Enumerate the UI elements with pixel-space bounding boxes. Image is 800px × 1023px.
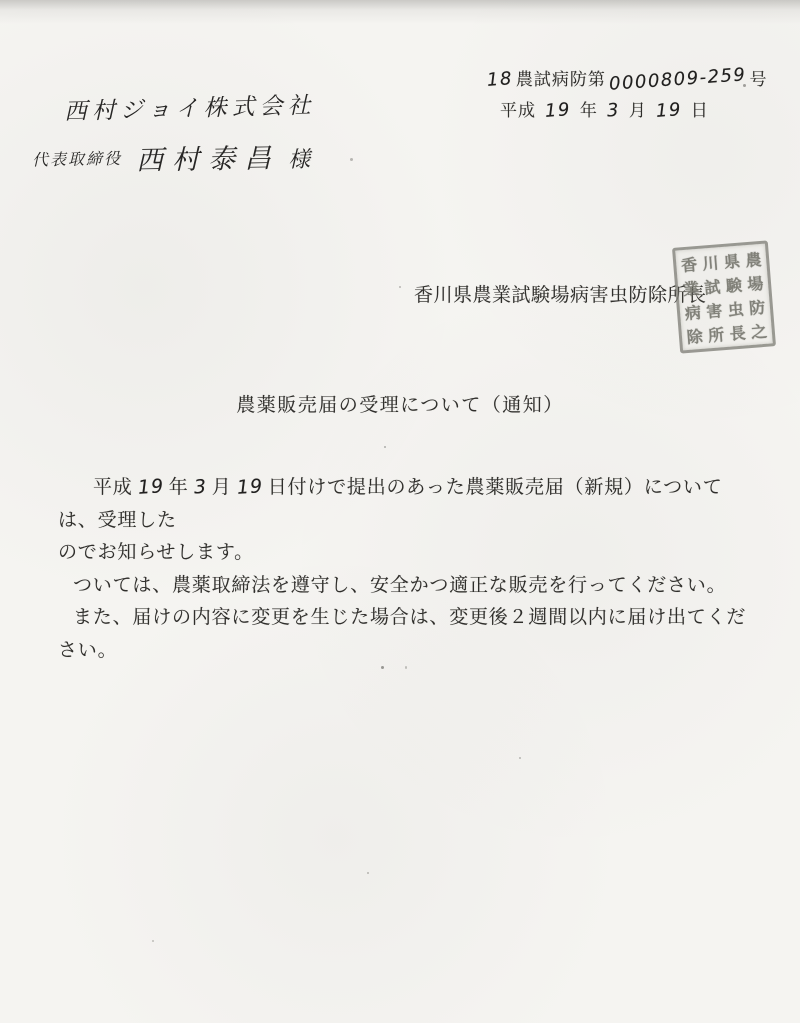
stamp-char: 害 (703, 297, 726, 322)
stamp-char: 験 (722, 272, 745, 297)
scan-speck (350, 158, 353, 161)
year-unit: 年 (580, 101, 598, 120)
body-paragraph-1: 平成19年3月19日付けで提出のあった農薬販売届（新規）については、受理したので… (58, 471, 758, 570)
stamp-char: 場 (744, 270, 767, 295)
stamp-char: 防 (745, 294, 768, 319)
stamp-char: 県 (720, 248, 743, 273)
body-year-handwritten: 19 (137, 470, 165, 504)
body-month-handwritten: 3 (192, 471, 207, 504)
day-handwritten: 19 (655, 94, 683, 127)
scan-speck (405, 666, 407, 669)
stamp-char: 之 (747, 318, 770, 343)
body-line2-text: のでお知らせします。 (58, 542, 254, 563)
stamp-char: 除 (683, 323, 706, 348)
scan-speck (384, 446, 386, 448)
stamp-char: 川 (699, 250, 722, 275)
doc-number-prefix: 農試病防第 (516, 70, 606, 89)
body-paragraph-2-text: ついては、農薬取締法を遵守し、安全かつ適正な販売を行ってください。 (73, 575, 726, 596)
document-body: 平成19年3月19日付けで提出のあった農薬販売届（新規）については、受理したので… (58, 471, 758, 667)
addressee-honorific-handwritten: 様 (288, 148, 310, 173)
body-day-handwritten: 19 (235, 470, 263, 504)
era-label: 平成 (500, 101, 536, 120)
stamp-char: 虫 (724, 296, 747, 321)
scan-speck (381, 666, 384, 669)
stamp-char: 業 (679, 275, 702, 300)
stamp-char: 所 (704, 321, 727, 346)
stamp-char: 試 (701, 274, 724, 299)
month-handwritten: 3 (606, 95, 621, 127)
document-number-block: 18農試病防第0000809-259号 平成19年3月19日 (484, 64, 767, 126)
document-title: 農薬販売届の受理について（通知） (0, 390, 800, 417)
body-paragraph-3-text: また、届けの内容に変更を生じた場合は、変更後２週間以内に届け出てください。 (58, 607, 746, 661)
stamp-char: 病 (681, 299, 704, 324)
stamp-char: 長 (726, 320, 749, 345)
scanner-edge-shadow (0, 0, 800, 26)
document-number-line: 18農試病防第0000809-259号 (484, 64, 767, 95)
scan-speck (399, 286, 401, 288)
scan-speck (743, 84, 746, 87)
document-date-line: 平成19年3月19日 (500, 95, 767, 126)
scan-speck (519, 757, 521, 759)
body-paragraph-2: ついては、農薬取締法を遵守し、安全かつ適正な販売を行ってください。 (58, 570, 758, 603)
body-month-unit: 月 (212, 477, 232, 498)
stamp-char: 香 (677, 251, 700, 276)
scan-speck (152, 940, 154, 942)
official-seal-stamp: 香 川 県 農 業 試 験 場 病 害 虫 防 除 所 長 之 (672, 240, 776, 353)
month-unit: 月 (629, 101, 647, 120)
body-paragraph-3: また、届けの内容に変更を生じた場合は、変更後２週間以内に届け出てください。 (58, 602, 758, 667)
doc-number-suffix: 号 (749, 70, 767, 89)
scanned-document-page: 18農試病防第0000809-259号 平成19年3月19日 西村ジョイ株式会社… (0, 0, 800, 1023)
scan-speck (367, 872, 369, 874)
addressee-name-handwritten: 西村泰昌 (136, 143, 281, 177)
sender-name: 香川県農業試験場病害虫防除所長 (414, 280, 707, 307)
fiscal-year-handwritten: 18 (486, 63, 514, 96)
addressee-title-handwritten: 代表取締役 (32, 149, 122, 170)
year-handwritten: 19 (544, 94, 572, 127)
body-era-label: 平成 (93, 477, 133, 498)
day-unit: 日 (691, 101, 709, 120)
addressee-name-line: 代表取締役西村泰昌様 (32, 136, 311, 180)
stamp-char: 農 (742, 246, 765, 271)
body-year-unit: 年 (169, 477, 189, 498)
addressee-company-handwritten: 西村ジョイ株式会社 (64, 87, 316, 127)
